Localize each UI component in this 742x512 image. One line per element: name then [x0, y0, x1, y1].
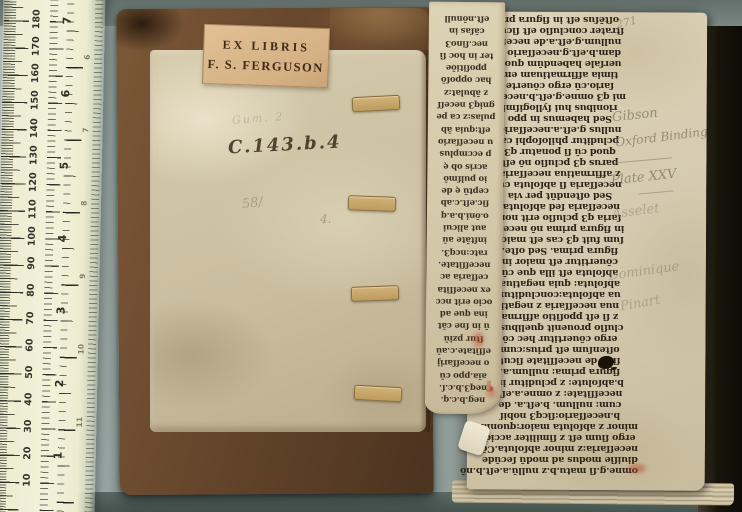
stub-line: hac oppoſō [432, 73, 500, 86]
torn-stub-leaf: eſt.nōnullcāſas innec.ſino3ter in hoc ſi… [425, 2, 505, 415]
print-line: nullum.g.eſt.a.de neceſſ [482, 36, 638, 47]
print-line: cluſio prouenit quelibus: [482, 322, 638, 333]
ruler-mm-label: 10 [14, 470, 42, 491]
stub-line: eſt:quia āb [432, 122, 500, 135]
print-line: ſum fuit q3 cas eſt maior [482, 234, 638, 245]
stub-line: ex neceſſita [430, 282, 498, 295]
stub-line: o.ōni.b.a.q [431, 208, 499, 221]
lacing-tab [354, 385, 403, 402]
print-line: uerſale habendūm quod [482, 58, 638, 69]
stub-line: pulas:z ca pe [432, 110, 500, 123]
red-smudge [628, 464, 646, 473]
print-line: ſi.g. de neceſſitate ſicut [482, 355, 638, 366]
faint-pencil-mark: 58/ [241, 195, 264, 213]
stub-line: ſtur pziū [430, 331, 498, 344]
print-line: ergo cōuertitur hec cō [482, 333, 638, 344]
print-line: timia affirmatiuam em [482, 69, 638, 80]
stub-line: aut alicui [431, 221, 499, 234]
ruler-edge-label: 10 [44, 341, 117, 357]
stub-text-block: eſt.nōnullcāſas innec.ſino3ter in hoc ſi… [429, 12, 501, 406]
print-line: neceſſaria:z minor abſoluta.Cō [482, 443, 638, 454]
print-line: diuiſie modus ad modū ſecūde [482, 454, 638, 465]
ruler-mm-label: 30 [15, 416, 43, 437]
print-line: z ſi eſt ppoſitio affirma [482, 311, 638, 322]
ruler-mm-label: 80 [17, 280, 45, 301]
ruler-mm-label: 170 [23, 36, 51, 57]
bookplate-line1: EX LIBRIS [222, 37, 310, 55]
lacing-tab [351, 285, 399, 302]
stub-line: o neceſſarij [429, 356, 497, 369]
ruler-mm-label: 120 [20, 172, 48, 193]
print-line: ſario.cū ergo cōuerte [482, 80, 638, 91]
lacing-tab [352, 95, 401, 112]
print-line: nullus g.eſt.a.neceſſario [482, 124, 638, 135]
stub-line: ſic.eſt.c.ab [431, 196, 499, 209]
print-line: neceſſitate: z omne.a.eſt [482, 388, 638, 399]
print-line: dam.b.eſt.g.neceſſario z [482, 47, 638, 58]
ruler-edge-label: 6 [51, 49, 124, 65]
stub-line: ratc:ncq3. [430, 245, 498, 258]
stub-line: u neceſſario [432, 135, 500, 148]
print-line: omne.g.ſi matu.b.z nullū.a.eſt.b.nō [482, 465, 638, 476]
ex-libris-bookplate: EX LIBRIS F. S. FERGUSON [202, 24, 330, 88]
print-line: figura prima. Sed oſte. [482, 245, 638, 256]
ruler-mm-label: 160 [22, 63, 50, 84]
stub-line: ocio erit ncc [430, 294, 498, 307]
ruler-mm-label: 60 [16, 335, 44, 356]
stub-line: cāſas in [433, 24, 501, 37]
ruler-mm-label: 90 [18, 253, 46, 274]
stub-line: p eccmplus [432, 147, 500, 160]
print-line: figura prima: nullum.a. [482, 366, 638, 377]
print-line: b.abſolute: z pcluditur in [482, 377, 638, 388]
print-line: in figura prima nō neceſſ [482, 223, 638, 234]
ruler-mm-label: 40 [15, 389, 43, 410]
ruler-mm-label: 110 [19, 199, 47, 220]
ruler-edge-label: 11 [43, 414, 116, 430]
stub-line: eſt.nōnull [433, 12, 501, 25]
print-line: Sed oſtendūt per via [482, 190, 638, 201]
stub-line: neceſſitate. [430, 258, 498, 271]
red-smudge [473, 332, 484, 348]
ruler-edge-label: 7 [49, 122, 122, 138]
printed-text-block: oſtēſus eſt in figura priſtrater concluſ… [482, 2, 638, 500]
print-line: cum: nullum. b.eſt.a. de [482, 399, 638, 410]
ruler: 1801701601501401301201101009080706050403… [0, 0, 105, 512]
stub-line: ū in ſne cāt [430, 319, 498, 332]
stub-line: inſtāte aū [431, 233, 499, 246]
print-line: mi q3 omne.g.eſt.b.neceſſ [482, 91, 638, 102]
print-line: oſtenſum eſt prius:cum [482, 344, 638, 355]
print-line: minor z abſoluta maior:quoniā [482, 421, 638, 432]
print-line: cōuertitur eſt maior in [482, 256, 638, 267]
photograph-old-book: EX LIBRIS F. S. FERGUSON Gum. 2 C.143.b.… [0, 0, 742, 512]
print-line: ſtrater concluſio eſt ſicut [482, 25, 638, 36]
print-line: ua abſoluta:concluditur [482, 289, 638, 300]
stub-line: ceſſaria ac [430, 270, 498, 283]
faint-pencil-mark-2: 4. [320, 212, 331, 226]
stub-line: nec.ſino3 [433, 36, 501, 49]
ruler-edge-label: 8 [47, 195, 120, 211]
stub-line: ter in hoc ſi [433, 49, 501, 62]
stub-line: eſſitate.c.aū [429, 344, 497, 357]
ruler-mm-label: 140 [21, 118, 49, 139]
print-line: ergo ſium eſt z ſimiliter accid [482, 432, 638, 443]
stub-line: z ābulat:z [432, 85, 500, 98]
print-line: b.neceſſario:ſicq3 nobiſ [482, 410, 638, 421]
red-smudge [487, 388, 496, 398]
stub-line: acris ob ę [431, 159, 499, 172]
bookplate-line2: F. S. FERGUSON [207, 56, 324, 75]
stub-line: io pulſmō [431, 172, 499, 185]
print-line: quod cū ſi ponatur q3 [482, 146, 638, 157]
lacing-tab [348, 195, 396, 212]
ruler-edge-label: 9 [46, 268, 119, 284]
print-line: nua neceſſaria z negati [482, 300, 638, 311]
